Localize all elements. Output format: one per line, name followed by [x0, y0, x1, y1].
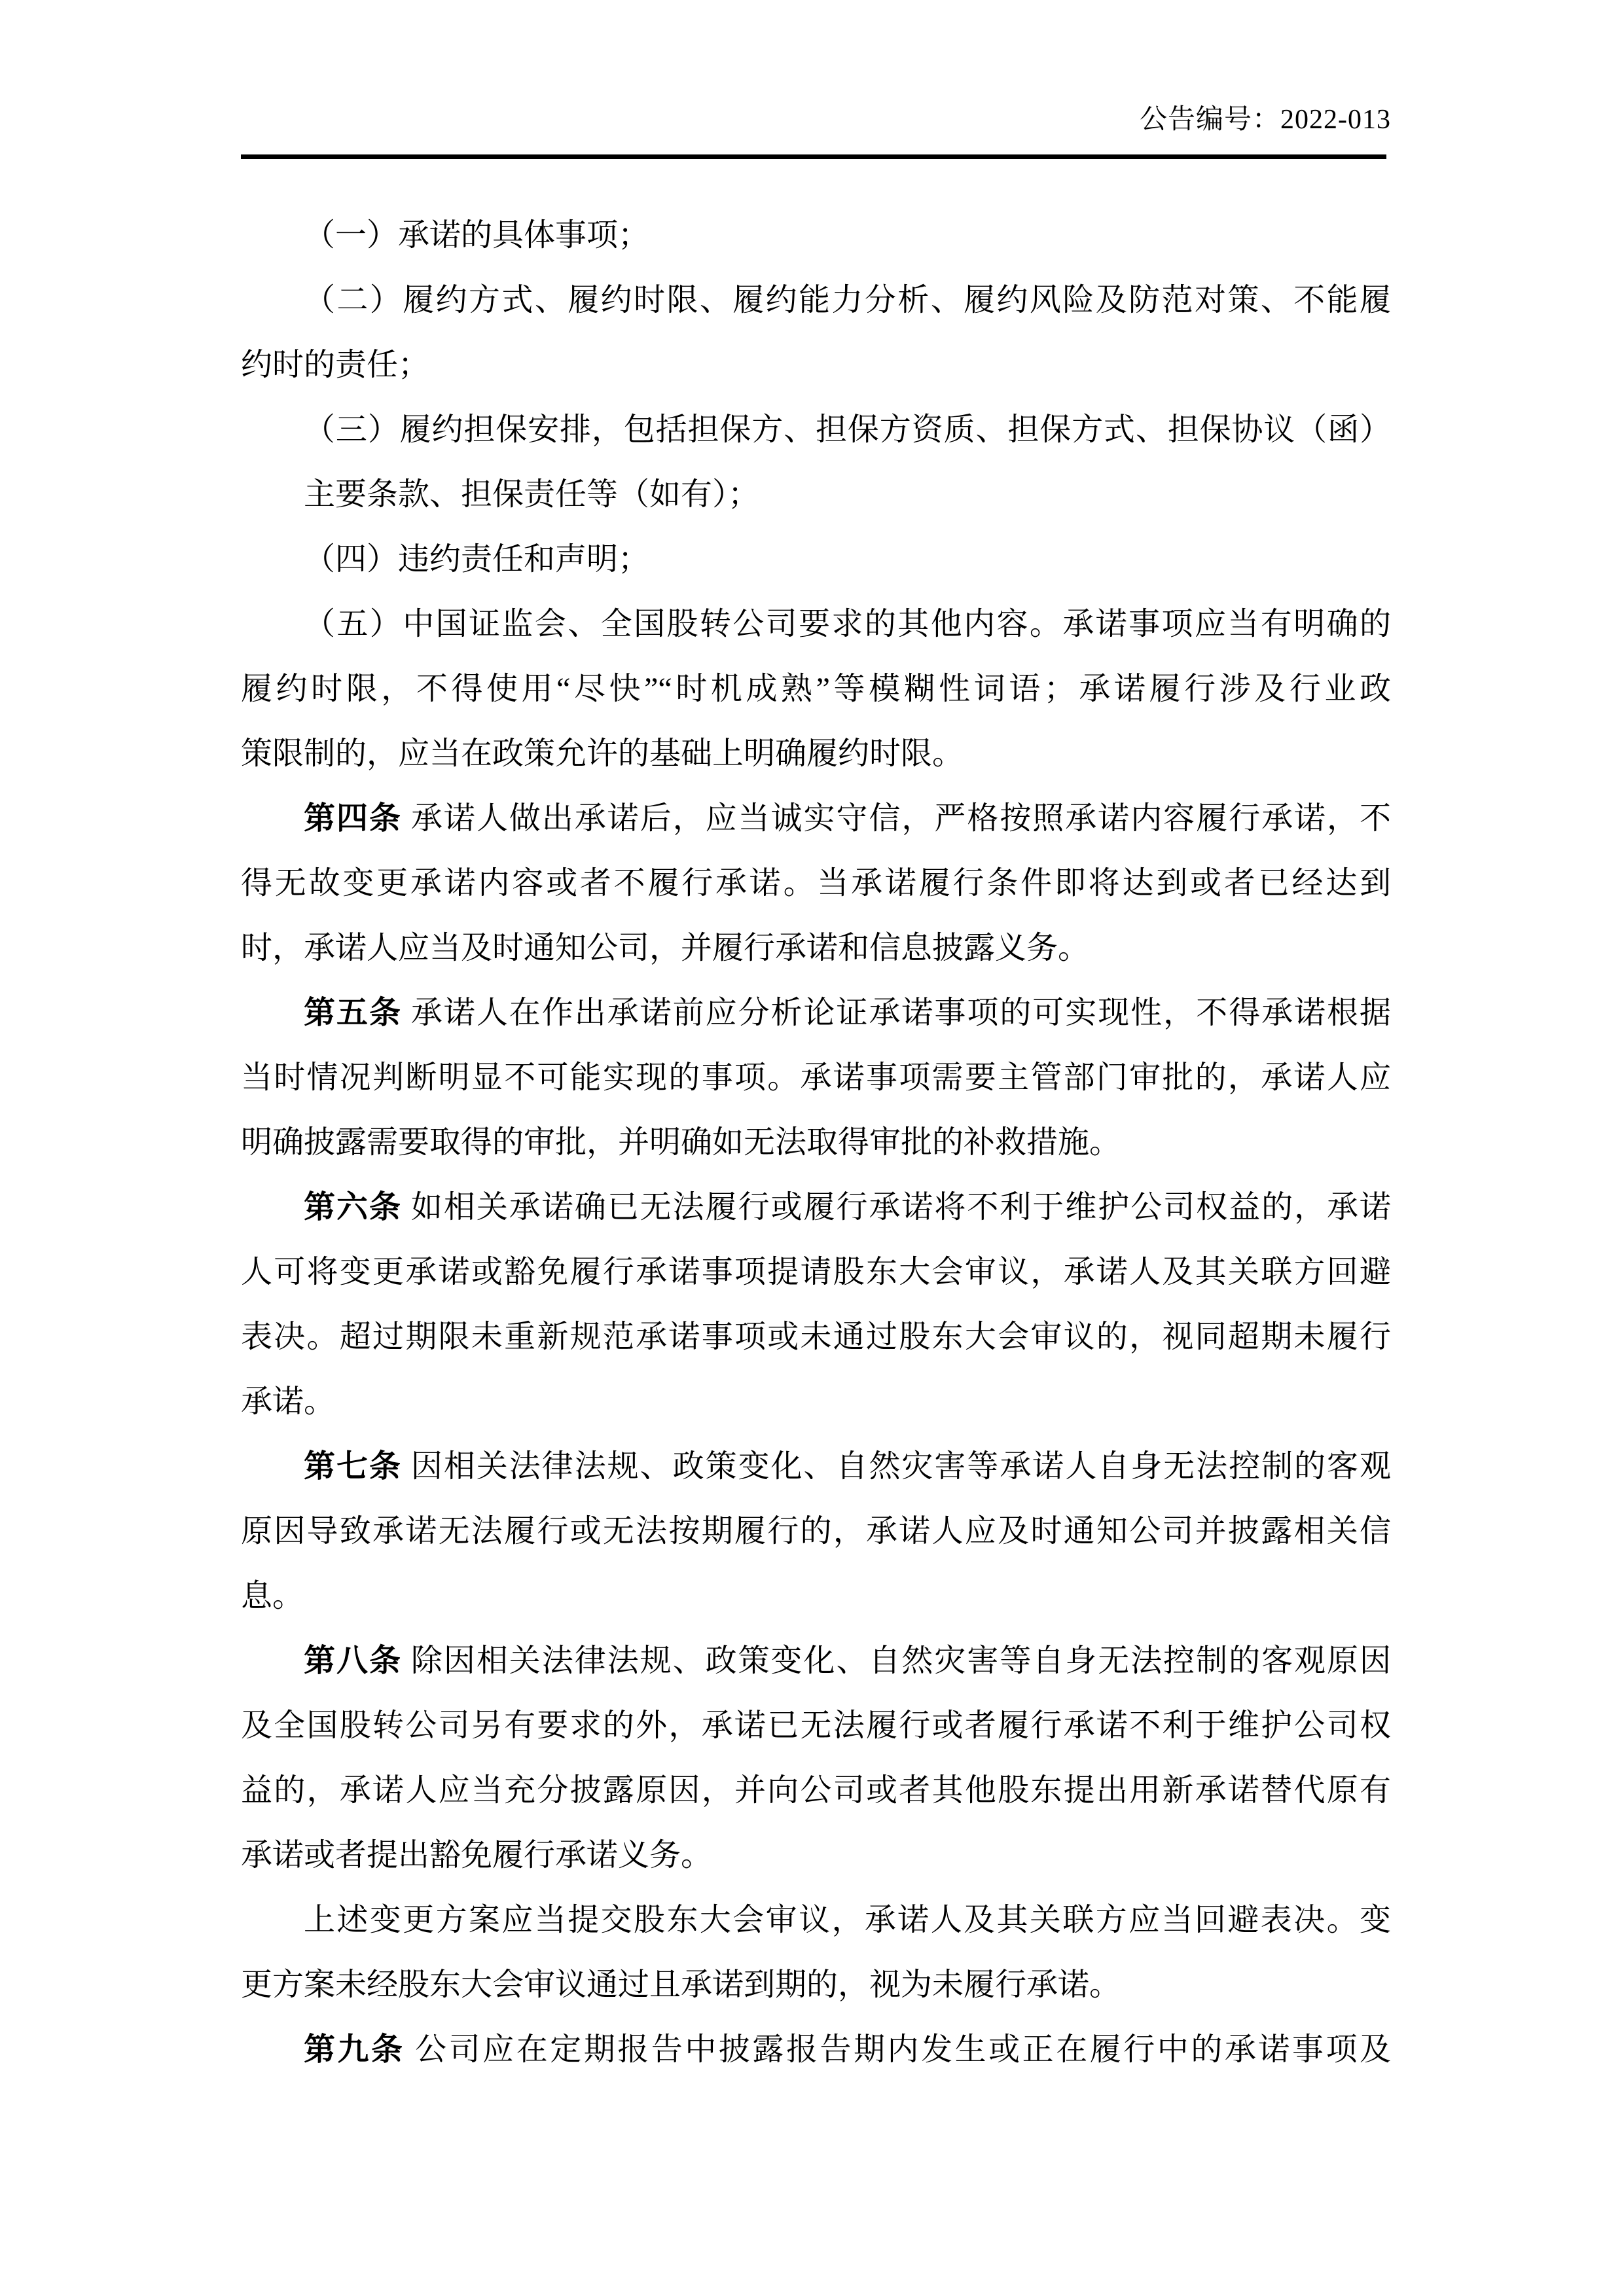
text-line: 策限制的，应当在政策允许的基础上明确履约时限。: [241, 721, 1391, 786]
article-number: 第九条: [304, 2032, 405, 2067]
text-line: 更方案未经股东大会审议通过且承诺到期的，视为未履行承诺。: [241, 1952, 1391, 2017]
text-line: 第八条 除因相关法律法规、政策变化、自然灾害等自身无法控制的客观原因: [241, 1628, 1391, 1693]
text-line: 得无故变更承诺内容或者不履行承诺。当承诺履行条件即将达到或者已经达到: [241, 851, 1391, 916]
text-line: 及全国股转公司另有要求的外，承诺已无法履行或者履行承诺不利于维护公司权: [241, 1693, 1391, 1758]
article-number: 第六条: [304, 1190, 402, 1225]
text-line: 当时情况判断明显不可能实现的事项。承诺事项需要主管部门审批的，承诺人应: [241, 1045, 1391, 1110]
text-line: 承诺。: [241, 1369, 1391, 1434]
text-line: （四）违约责任和声明；: [241, 527, 1391, 592]
text-line: （二）履约方式、履约时限、履约能力分析、履约风险及防范对策、不能履: [241, 268, 1391, 332]
document-page: 公告编号：2022-013 （一）承诺的具体事项；（二）履约方式、履约时限、履约…: [0, 0, 1624, 2296]
document-body: （一）承诺的具体事项；（二）履约方式、履约时限、履约能力分析、履约风险及防范对策…: [241, 203, 1391, 2082]
text-line: （五）中国证监会、全国股转公司要求的其他内容。承诺事项应当有明确的: [241, 592, 1391, 656]
text-line: 约时的责任；: [241, 332, 1391, 397]
header-rule: [241, 154, 1386, 159]
text-line: 上述变更方案应当提交股东大会审议，承诺人及其关联方应当回避表决。变: [241, 1888, 1391, 1952]
text-line: 第五条 承诺人在作出承诺前应分析论证承诺事项的可实现性，不得承诺根据: [241, 980, 1391, 1045]
text-line: 益的，承诺人应当充分披露原因，并向公司或者其他股东提出用新承诺替代原有: [241, 1758, 1391, 1823]
text-line: 原因导致承诺无法履行或无法按期履行的，承诺人应及时通知公司并披露相关信: [241, 1499, 1391, 1564]
text-line: 主要条款、担保责任等（如有）；: [241, 462, 1391, 527]
text-line: 第四条 承诺人做出承诺后，应当诚实守信，严格按照承诺内容履行承诺，不: [241, 786, 1391, 851]
text-line: （一）承诺的具体事项；: [241, 203, 1391, 268]
text-line: 承诺或者提出豁免履行承诺义务。: [241, 1823, 1391, 1888]
text-line: 息。: [241, 1564, 1391, 1628]
text-line: 第九条 公司应在定期报告中披露报告期内发生或正在履行中的承诺事项及: [241, 2017, 1391, 2082]
article-number: 第七条: [304, 1449, 402, 1484]
notice-number: 公告编号：2022-013: [241, 99, 1391, 140]
article-number: 第八条: [304, 1643, 402, 1678]
article-number: 第四条: [304, 801, 402, 836]
text-line: 履约时限，不得使用“尽快”“时机成熟”等模糊性词语；承诺履行涉及行业政: [241, 656, 1391, 721]
text-line: 时，承诺人应当及时通知公司，并履行承诺和信息披露义务。: [241, 916, 1391, 980]
text-line: 表决。超过期限未重新规范承诺事项或未通过股东大会审议的，视同超期未履行: [241, 1304, 1391, 1369]
article-number: 第五条: [304, 996, 402, 1030]
text-line: 人可将变更承诺或豁免履行承诺事项提请股东大会审议，承诺人及其关联方回避: [241, 1240, 1391, 1304]
text-line: 第六条 如相关承诺确已无法履行或履行承诺将不利于维护公司权益的，承诺: [241, 1175, 1391, 1240]
text-line: 第七条 因相关法律法规、政策变化、自然灾害等承诺人自身无法控制的客观: [241, 1434, 1391, 1499]
text-line: 明确披露需要取得的审批，并明确如无法取得审批的补救措施。: [241, 1110, 1391, 1175]
text-line: （三）履约担保安排，包括担保方、担保方资质、担保方式、担保协议（函）: [241, 397, 1391, 462]
